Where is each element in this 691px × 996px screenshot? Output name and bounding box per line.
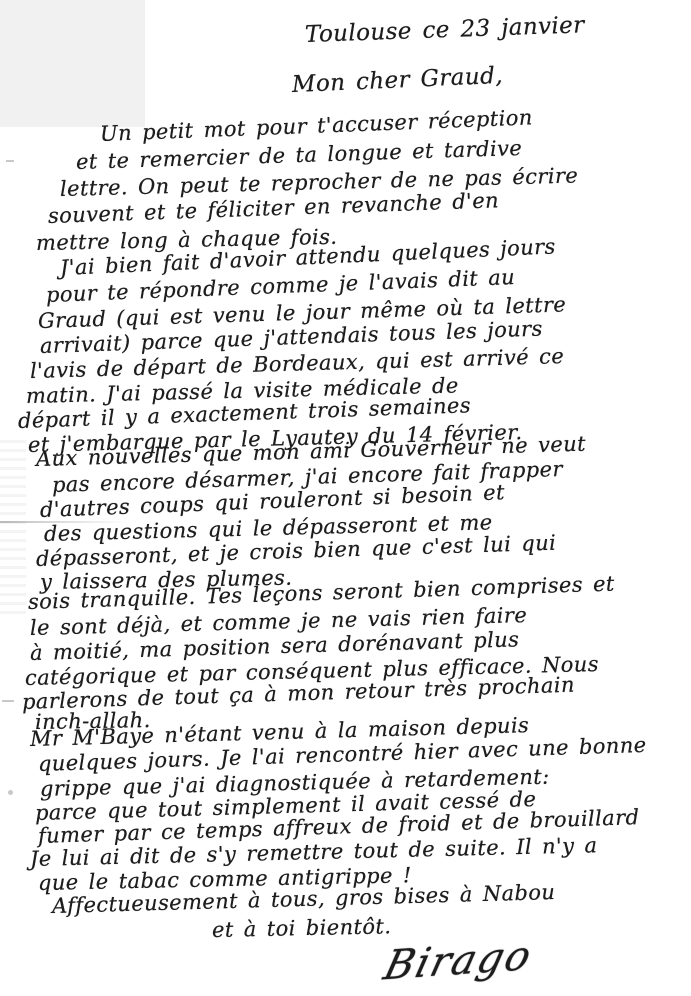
dateline: Toulouse ce 23 janvier xyxy=(305,12,586,48)
scan-corner-shade xyxy=(0,0,145,127)
scan-speck xyxy=(6,160,14,162)
closing-line: et à toi bientôt. xyxy=(212,914,392,942)
letter-page: Toulouse ce 23 janvier Mon cher Graud, U… xyxy=(0,0,691,996)
salutation: Mon cher Graud, xyxy=(291,63,503,98)
scan-speck xyxy=(8,790,13,795)
signature: Birago xyxy=(379,932,537,989)
scan-speck xyxy=(2,700,14,702)
scan-edge-grain xyxy=(0,440,26,620)
